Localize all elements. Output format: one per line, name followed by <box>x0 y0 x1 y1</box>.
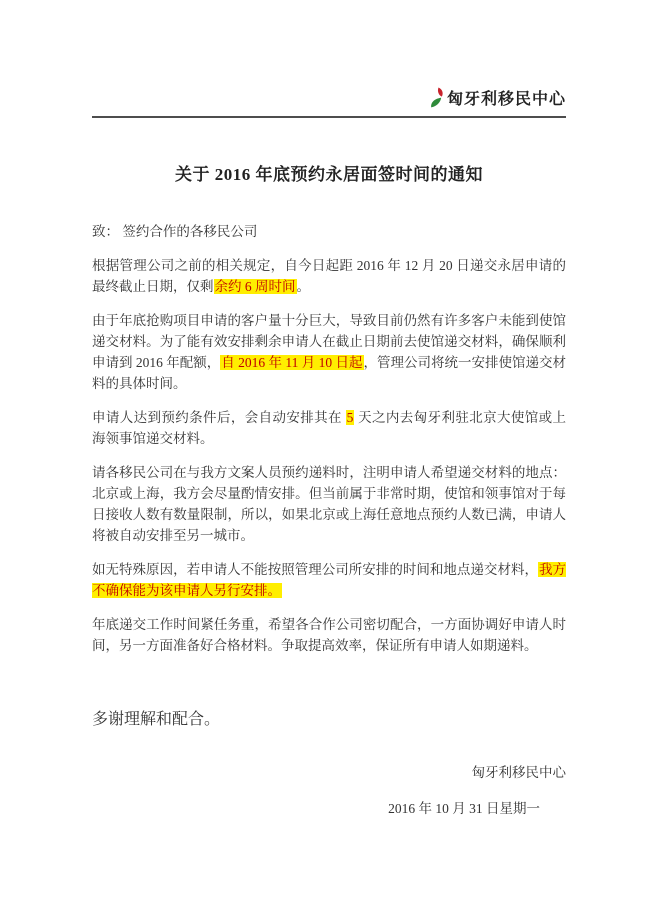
header-org-name: 匈牙利移民中心 <box>447 86 566 109</box>
thanks-line: 多谢理解和配合。 <box>92 706 566 729</box>
text-run: 。 <box>297 279 311 294</box>
document-body: 致： 签约合作的各移民公司根据管理公司之前的相关规定，自今日起距 2016 年 … <box>92 221 566 656</box>
highlighted-text: 自 2016 年 11 月 10 日起 <box>220 355 363 370</box>
hungary-leaf-logo-icon <box>428 87 444 108</box>
document-title: 关于 2016 年底预约永居面签时间的通知 <box>92 160 566 185</box>
paragraph: 申请人达到预约条件后，会自动安排其在 5 天之内去匈牙利驻北京大使馆或上海领事馆… <box>92 407 566 449</box>
highlighted-text: 余约 6 周时间 <box>214 279 297 294</box>
paragraph: 如无特殊原因，若申请人不能按照管理公司所安排的时间和地点递交材料，我方不确保能为… <box>92 559 566 601</box>
text-run: 如无特殊原因，若申请人不能按照管理公司所安排的时间和地点递交材料， <box>92 562 538 577</box>
paragraph: 由于年底抢购项目申请的客户量十分巨大，导致目前仍然有许多客户未能到使馆递交材料。… <box>92 310 566 394</box>
text-run: 根据管理公司之前的相关规定，自今日起距 2016 年 12 月 20 日递交永居… <box>92 258 566 294</box>
date-line: 2016 年 10 月 31 日星期一 <box>92 797 566 817</box>
signature-line: 匈牙利移民中心 <box>92 761 566 781</box>
paragraph: 请各移民公司在与我方文案人员预约递料时，注明申请人希望递交材料的地点：北京或上海… <box>92 462 566 546</box>
text-run: 请各移民公司在与我方文案人员预约递料时，注明申请人希望递交材料的地点：北京或上海… <box>92 465 566 543</box>
text-run: 年底递交工作时间紧任务重，希望各合作公司密切配合，一方面协调好申请人时间，另一方… <box>92 617 566 653</box>
text-run: 致： 签约合作的各移民公司 <box>92 224 257 239</box>
document-content: 匈牙利移民中心 关于 2016 年底预约永居面签时间的通知 致： 签约合作的各移… <box>92 0 566 817</box>
paragraph: 致： 签约合作的各移民公司 <box>92 221 566 242</box>
document-page: 匈牙利移民中心 关于 2016 年底预约永居面签时间的通知 致： 签约合作的各移… <box>0 0 650 919</box>
paragraph: 根据管理公司之前的相关规定，自今日起距 2016 年 12 月 20 日递交永居… <box>92 255 566 297</box>
document-header: 匈牙利移民中心 <box>92 86 566 118</box>
text-run: 申请人达到预约条件后，会自动安排其在 <box>92 410 346 425</box>
paragraph: 年底递交工作时间紧任务重，希望各合作公司密切配合，一方面协调好申请人时间，另一方… <box>92 614 566 656</box>
